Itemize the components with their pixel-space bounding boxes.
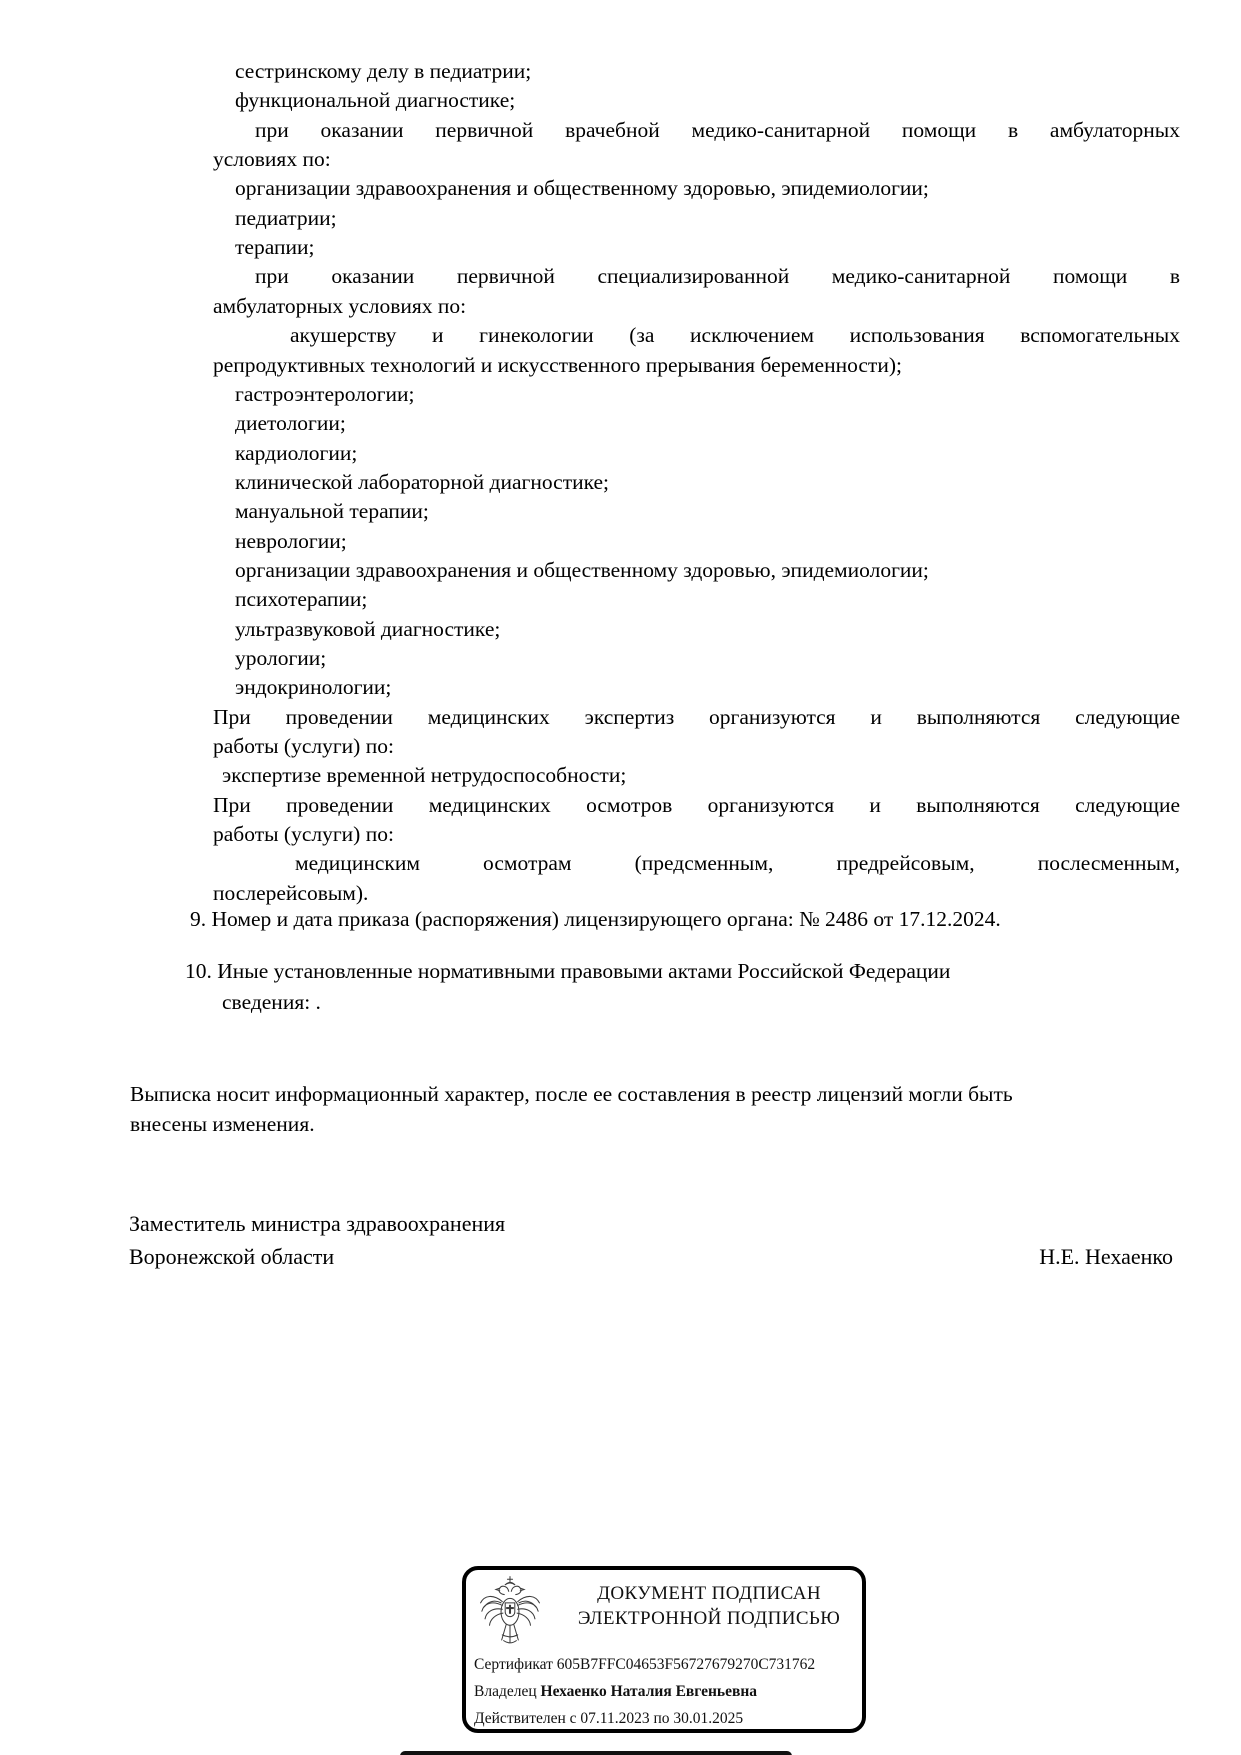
document-line: организации здравоохранения и общественн… — [235, 556, 929, 585]
stamp-owner-name: Нехаенко Наталия Евгеньевна — [541, 1683, 758, 1700]
item-10-paragraph-line1: 10. Иные установленные нормативными прав… — [185, 957, 950, 986]
signature-position-line2: Воронежской области — [129, 1241, 334, 1273]
document-line: При проведении медицинских осмотров орга… — [213, 791, 1180, 820]
stamp-certificate-value: 605B7FFC04653F56727679270C731762 — [557, 1656, 815, 1673]
document-line: функциональной диагностике; — [235, 86, 515, 115]
document-line: работы (услуги) по: — [213, 732, 394, 761]
info-note-line2: внесены изменения. — [130, 1109, 315, 1139]
document-line: ультразвуковой диагностике; — [235, 615, 500, 644]
document-line: организации здравоохранения и общественн… — [235, 174, 929, 203]
signature-name: Н.Е. Нехаенко — [1039, 1241, 1173, 1273]
document-line: терапии; — [235, 233, 314, 262]
stamp-certificate-label: Сертификат — [474, 1656, 557, 1673]
document-line: кардиологии; — [235, 439, 357, 468]
stamp-title-line2: ЭЛЕКТРОННОЙ ПОДПИСЬЮ — [566, 1607, 852, 1632]
document-line: урологии; — [235, 644, 326, 673]
document-line: сестринскому делу в педиатрии; — [235, 57, 531, 86]
stamp-validity-row: Действителен с 07.11.2023 по 30.01.2025 — [474, 1710, 743, 1728]
stamp-title-line1: ДОКУМЕНТ ПОДПИСАН — [566, 1582, 852, 1607]
document-line: условиях по: — [213, 145, 331, 174]
electronic-signature-stamp: ДОКУМЕНТ ПОДПИСАН ЭЛЕКТРОННОЙ ПОДПИСЬЮ С… — [462, 1566, 866, 1733]
document-line: педиатрии; — [235, 204, 337, 233]
document-body: сестринскому делу в педиатрии;функционал… — [0, 0, 1241, 910]
document-line: гастроэнтерологии; — [235, 380, 415, 409]
item-9-paragraph: 9. Номер и дата приказа (распоряжения) л… — [190, 905, 1001, 934]
document-line: при оказании первичной врачебной медико-… — [255, 116, 1180, 145]
roszdravnadzor-eagle-icon — [478, 1576, 542, 1656]
document-line: репродуктивных технологий и искусственно… — [213, 351, 902, 380]
document-line: работы (услуги) по: — [213, 820, 394, 849]
signature-position-line1: Заместитель министра здравоохранения — [129, 1208, 505, 1240]
document-line: клинической лабораторной диагностике; — [235, 468, 609, 497]
document-line: диетологии; — [235, 409, 346, 438]
document-line: психотерапии; — [235, 585, 367, 614]
document-line: при оказании первичной специализированно… — [255, 262, 1180, 291]
document-line: мануальной терапии; — [235, 497, 429, 526]
stamp-owner-row: Владелец Нехаенко Наталия Евгеньевна — [474, 1683, 757, 1701]
document-line: медицинским осмотрам (предсменным, предр… — [295, 849, 1180, 878]
document-line: амбулаторных условиях по: — [213, 292, 466, 321]
document-line: послерейсовым). — [213, 879, 368, 908]
document-line: неврологии; — [235, 527, 347, 556]
document-line: При проведении медицинских экспертиз орг… — [213, 703, 1180, 732]
document-line: эндокринологии; — [235, 673, 391, 702]
info-note-line1: Выписка носит информационный характер, п… — [130, 1079, 1013, 1109]
document-line: акушерству и гинекологии (за исключением… — [290, 321, 1180, 350]
item-10-paragraph-line2: сведения: . — [222, 988, 321, 1017]
stamp-owner-label: Владелец — [474, 1683, 541, 1700]
license-extract-page: сестринскому делу в педиатрии;функционал… — [0, 0, 1241, 1755]
partial-stamp-border — [400, 1751, 792, 1755]
document-line: экспертизе временной нетрудоспособности; — [222, 761, 626, 790]
stamp-certificate-row: Сертификат 605B7FFC04653F56727679270C731… — [474, 1656, 815, 1674]
